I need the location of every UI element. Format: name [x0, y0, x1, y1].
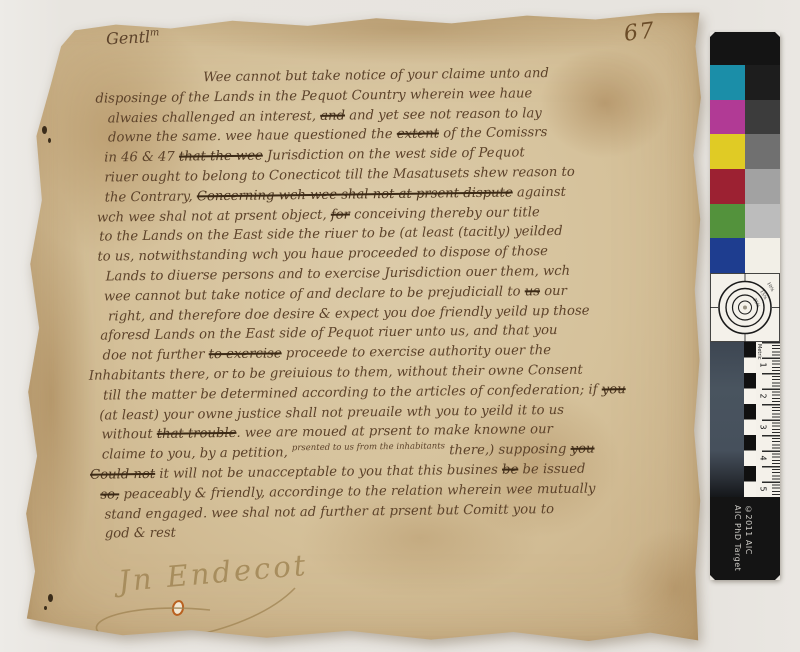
gray-patch-4 [745, 204, 780, 239]
line-text: doe not further [103, 347, 209, 363]
ruler-number-2: 2 [759, 394, 768, 406]
gray-patch-5 [745, 238, 780, 273]
color-patch-row [710, 134, 780, 169]
target-branding: AIC PhD Target ©2011 AIC [710, 497, 780, 580]
color-patch-3 [710, 169, 745, 204]
line-text: there,) supposing [445, 442, 571, 459]
line-text: Lands to diuerse persons and to exercise… [106, 264, 571, 285]
line-text: claime to you, by a petition, [102, 445, 292, 462]
ink-speck [42, 126, 47, 134]
line-text: god & rest [105, 526, 176, 542]
ruler-number-3: 3 [759, 425, 768, 437]
line-text: downe the same. wee haue questioned the [108, 127, 397, 146]
line-text: and yet see not reason to lay [345, 106, 542, 123]
color-patch-2 [710, 134, 745, 169]
focus-circles-target: 25% 15% 10% [710, 273, 780, 342]
line-text: to us, notwithstanding wch you haue proc… [97, 244, 548, 265]
color-patch-grid [710, 65, 780, 273]
target-name-text: AIC PhD Target [733, 505, 742, 571]
salutation: Gentlm [106, 27, 161, 49]
signature-flourish [80, 580, 320, 650]
gray-patch-0 [745, 65, 780, 100]
line-text: Wee cannot but take notice of your claim… [203, 66, 549, 85]
stain [6, 188, 96, 608]
line-text: alwaies challenged an interest, [108, 108, 321, 126]
struck-text: that the wee [179, 149, 263, 165]
line-text: without [101, 427, 156, 443]
gray-patch-1 [745, 100, 780, 135]
line-text: till the matter be determined according … [103, 382, 602, 403]
letter-body: Wee cannot but take notice of your claim… [85, 62, 699, 545]
struck-text: extent [397, 127, 439, 143]
line-text: wch wee shal not at prsent object, [97, 207, 331, 225]
color-calibration-target: 25% 15% 10% Metric 12345 AIC PhD Target … [710, 32, 780, 580]
struck-text: so, [100, 487, 119, 502]
struck-text: you [602, 382, 626, 397]
line-text: of the Comissrs [439, 125, 548, 141]
line-text: Inhabitants there, or to be greiuious to… [89, 363, 583, 384]
color-patch-0 [710, 65, 745, 100]
ink-speck [48, 594, 53, 602]
line-text: disposinge of the Lands in the Pequot Co… [95, 86, 532, 106]
struck-text: for [331, 207, 350, 222]
color-patch-5 [710, 238, 745, 273]
metric-label: Metric [756, 344, 762, 360]
color-patch-4 [710, 204, 745, 239]
corner-cut [775, 32, 780, 37]
color-patch-row [710, 204, 780, 239]
photo-canvas: { "document": { "ink_color": "#5c422a", … [0, 0, 800, 652]
struck-text: to exercise [209, 347, 282, 363]
struck-text: that trouble [157, 426, 237, 442]
struck-text: and [320, 108, 345, 123]
page-number: 67 [623, 18, 658, 47]
line-text: in 46 & 47 [104, 150, 179, 166]
line-text: against [513, 185, 566, 201]
line-text: wee cannot but take notice of and declar… [104, 284, 525, 304]
line-text: peaceably & friendly, accordinge to the … [119, 481, 595, 502]
line-text: stand engaged. wee shal not ad further a… [104, 502, 554, 522]
line-text: our [540, 284, 567, 299]
ruler-mm-ticks [772, 342, 780, 497]
manuscript-photo: Gentlm 67 Wee cannot but take notice of … [20, 8, 705, 648]
line-text: Jurisdiction on the west side of Pequot [263, 146, 525, 164]
gray-patch-2 [745, 134, 780, 169]
color-patch-row [710, 65, 780, 100]
color-patch-1 [710, 100, 745, 135]
line-text: to the Lands on the East side the riuer … [99, 224, 563, 245]
line-text: the Contrary, [105, 189, 197, 205]
line-text: aforesd Lands on the East side of Pequot… [100, 323, 557, 344]
inserted-text: prsented to us from the inhabitants [292, 442, 445, 454]
line-text: conceiving thereby our title [350, 205, 540, 222]
gloss-strip [710, 342, 744, 497]
gray-patch-3 [745, 169, 780, 204]
line-text: it will not be unacceptable to you that … [155, 463, 502, 482]
struck-text: Could not [90, 467, 155, 483]
metric-ruler: Metric 12345 [710, 342, 780, 497]
manuscript-page: Gentlm 67 Wee cannot but take notice of … [20, 8, 705, 648]
salutation-superscript: m [150, 27, 160, 38]
target-copyright-text: ©2011 AIC [744, 505, 753, 555]
ruler-number-4: 4 [759, 456, 768, 468]
stain [170, 0, 650, 64]
line-text: be issued [518, 462, 585, 478]
corner-cut [710, 32, 715, 37]
line-text: proceede to exercise authority ouer the [282, 343, 552, 361]
ruler-checker [744, 342, 756, 497]
line-text: riuer ought to belong to Conecticot till… [104, 165, 574, 186]
struck-text: Concerning wch wee shal not at prsent di… [197, 185, 513, 204]
ruler-number-1: 1 [759, 363, 768, 375]
ink-speck [48, 138, 51, 143]
line-text: . wee are moued at prsent to make knowne… [236, 422, 553, 441]
struck-text: us [525, 284, 540, 299]
struck-text: be [502, 462, 518, 477]
line-text: (at least) your owne justice shall not p… [99, 402, 564, 423]
color-patch-row [710, 100, 780, 135]
struck-text: you [571, 442, 595, 457]
color-patch-row [710, 169, 780, 204]
ink-speck [44, 606, 47, 610]
color-patch-row [710, 238, 780, 273]
